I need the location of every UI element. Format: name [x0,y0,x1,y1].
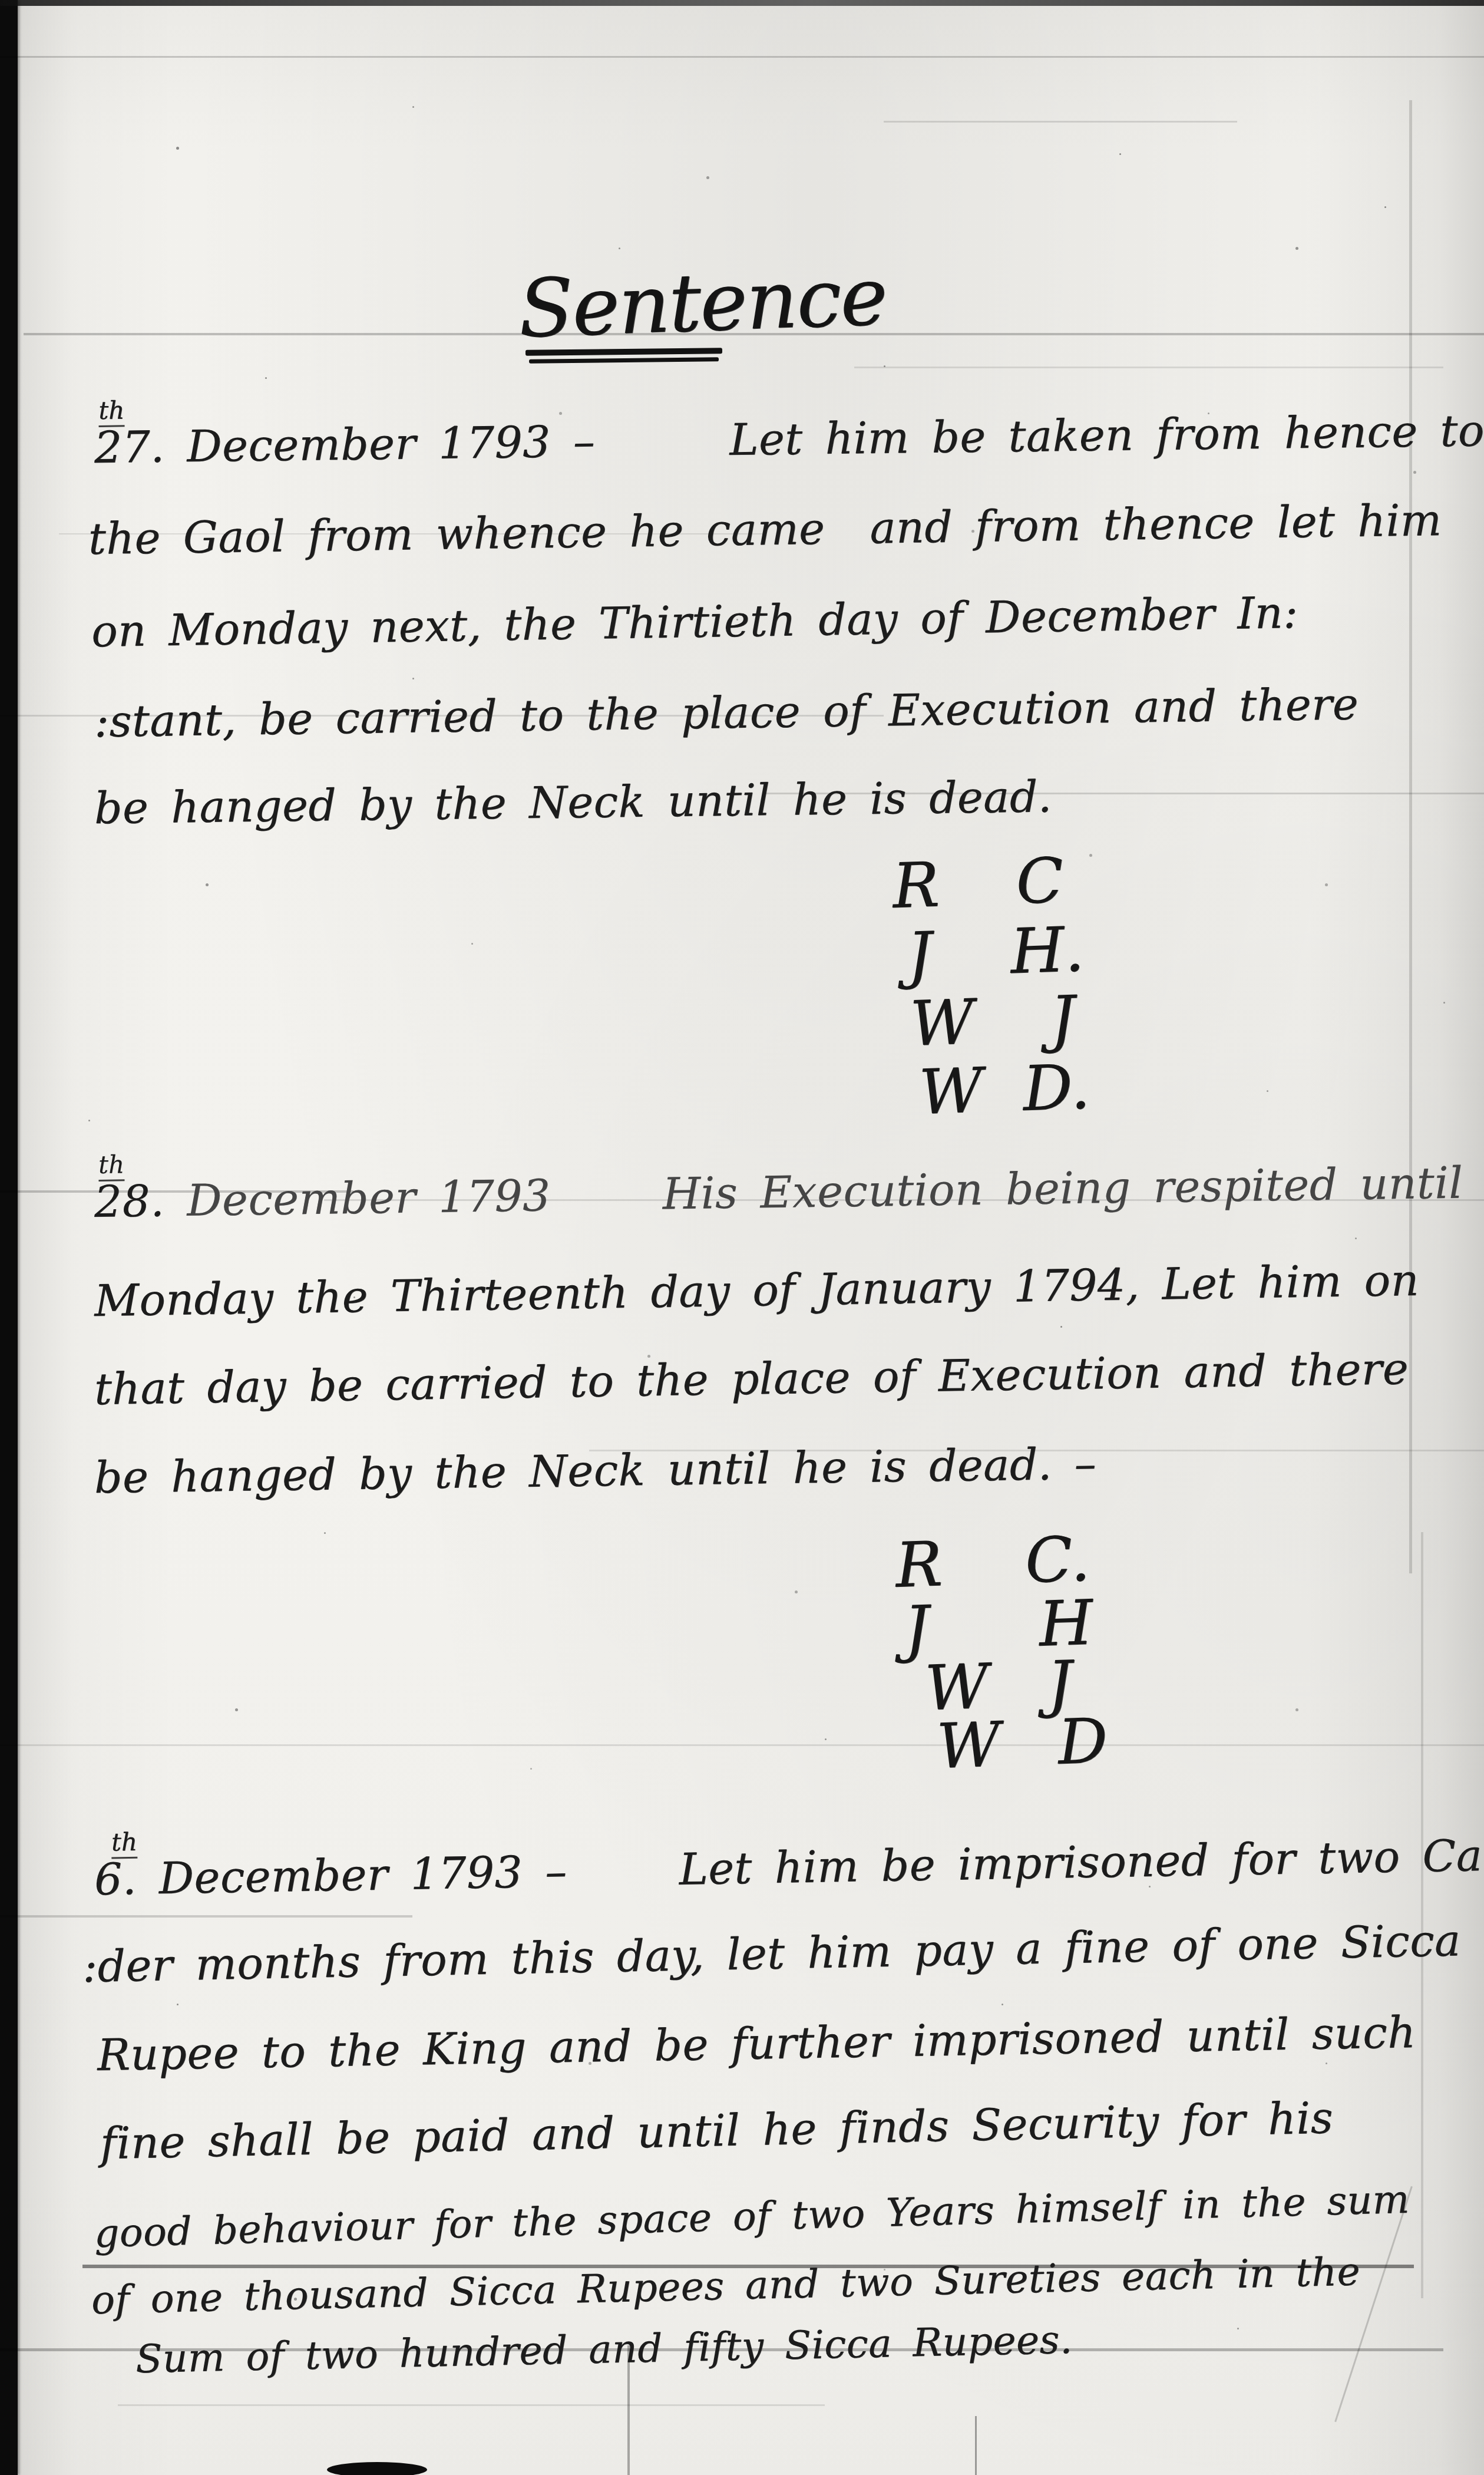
manuscript-line: fine shall be paid and until he finds Se… [100,2094,1334,2168]
entry-date-day: th6. [94,1856,137,1905]
entry-date-ordinal: th [111,1829,137,1859]
sentence-entry-3: th6. December 1793 – Let him be imprison… [0,0,1484,2475]
manuscript-line: of one thousand Sicca Rupees and two Sur… [91,2250,1360,2322]
manuscript-line: Rupee to the King and be further impriso… [97,2009,1416,2080]
manuscript-line: :der months from this day, let him pay a… [82,1917,1461,1991]
manuscript-text: December 1793 – Let him be imprisoned fo… [136,1829,1484,1904]
scanned-document-page: Sentence th27. December 1793 – Let him b… [0,0,1484,2475]
manuscript-line: th6. December 1793 – Let him be imprison… [94,1830,1484,1904]
manuscript-line: Sum of two hundred and fifty Sicca Rupee… [135,2319,1073,2381]
manuscript-line: good behaviour for the space of two Year… [94,2179,1410,2256]
